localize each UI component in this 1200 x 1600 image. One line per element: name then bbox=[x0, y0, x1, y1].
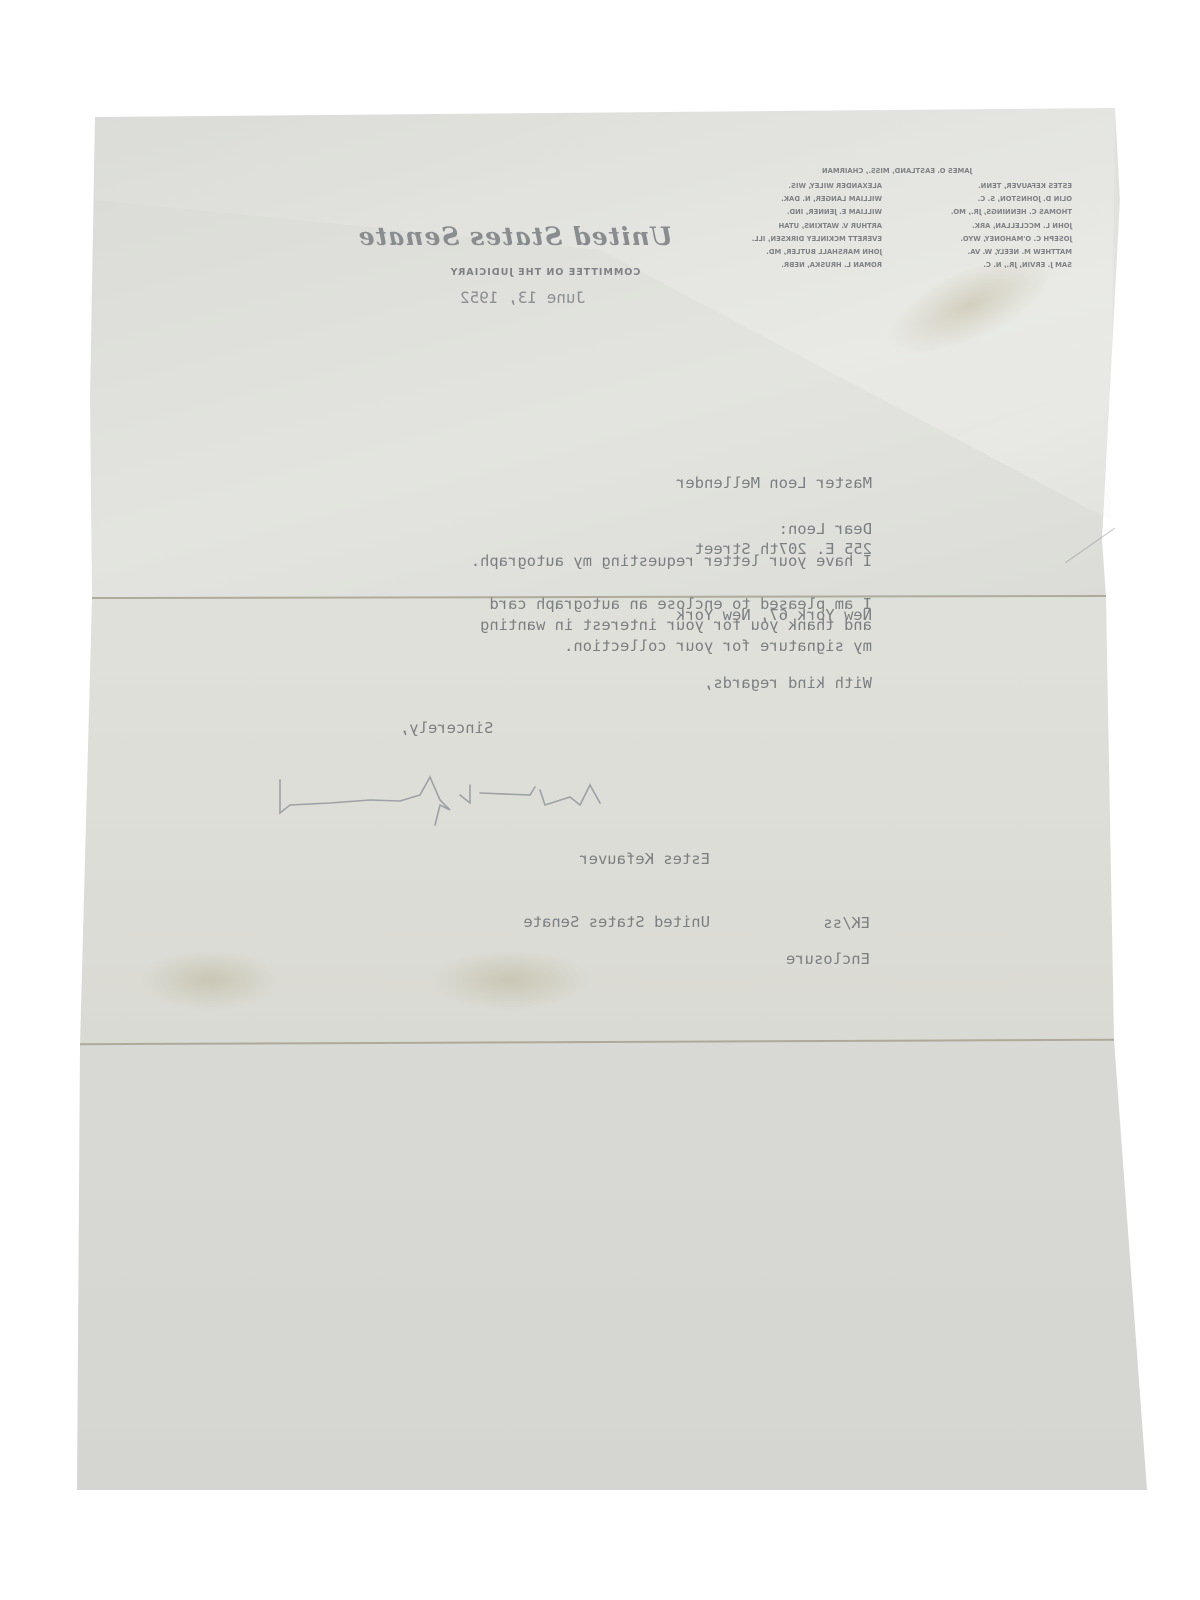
member-name: WILLIAM E. JENNER, IND. bbox=[752, 206, 882, 219]
member-name: ESTES KEFAUVER, TENN. bbox=[951, 180, 1072, 193]
letterhead-title: United States Senate bbox=[350, 222, 680, 251]
paragraph-2: I am pleased to enclose an autograph car… bbox=[380, 594, 872, 657]
recipient-name: Master Leon Mellender bbox=[560, 472, 872, 494]
valediction: Sincerely, bbox=[400, 717, 712, 739]
member-name: ROMAN L. HRUSKA, NEBR. bbox=[752, 259, 882, 272]
paragraph-1: I have your letter requesting my autogra… bbox=[300, 550, 872, 572]
member-name: SAM J. ERVIN, JR., N. C. bbox=[951, 259, 1072, 272]
paper-stain bbox=[140, 950, 280, 1010]
signature-block: Estes Kefauver United States Senate bbox=[420, 807, 710, 975]
member-name: EVERETT MCKINLEY DIRKSEN, ILL. bbox=[752, 233, 882, 246]
enclosure-note: Enclosure bbox=[720, 948, 870, 970]
salutation: Dear Leon: bbox=[560, 518, 872, 540]
letter-date: June 13, 1952 bbox=[460, 288, 610, 307]
member-name: JOHN MARSHALL BUTLER, MD. bbox=[752, 246, 882, 259]
member-name: OLIN D. JOHNSTON, S. C. bbox=[951, 193, 1072, 206]
signer-title: United States Senate bbox=[420, 912, 710, 933]
typist-initials: EK/ss bbox=[720, 912, 870, 934]
member-name: ARTHUR V. WATKINS, UTAH bbox=[752, 220, 882, 233]
member-name: MATTHEW M. NEELY, W. VA. bbox=[951, 246, 1072, 259]
member-name: WILLIAM LANGER, N. DAK. bbox=[752, 193, 882, 206]
letterhead-subtitle: COMMITTEE ON THE JUDICIARY bbox=[410, 267, 680, 278]
letter-photo: United States Senate COMMITTEE ON THE JU… bbox=[0, 0, 1200, 1600]
members-column-left: ESTES KEFAUVER, TENN. OLIN D. JOHNSTON, … bbox=[951, 180, 1072, 272]
members-column-right: ALEXANDER WILEY, WIS. WILLIAM LANGER, N.… bbox=[752, 180, 882, 272]
committee-members: JAMES O. EASTLAND, MISS., CHAIRMAN ESTES… bbox=[712, 167, 1072, 277]
member-name: JOSEPH C. O'MAHONEY, WYO. bbox=[951, 233, 1072, 246]
closing-line: With kind regards, bbox=[560, 672, 872, 694]
member-name: JOHN L. MCCLELLAN, ARK. bbox=[951, 220, 1072, 233]
member-name: THOMAS C. HENNINGS, JR., MO. bbox=[951, 206, 1072, 219]
member-name: ALEXANDER WILEY, WIS. bbox=[752, 180, 882, 193]
committee-chairman: JAMES O. EASTLAND, MISS., CHAIRMAN bbox=[822, 167, 972, 175]
signer-name: Estes Kefauver bbox=[420, 849, 710, 870]
